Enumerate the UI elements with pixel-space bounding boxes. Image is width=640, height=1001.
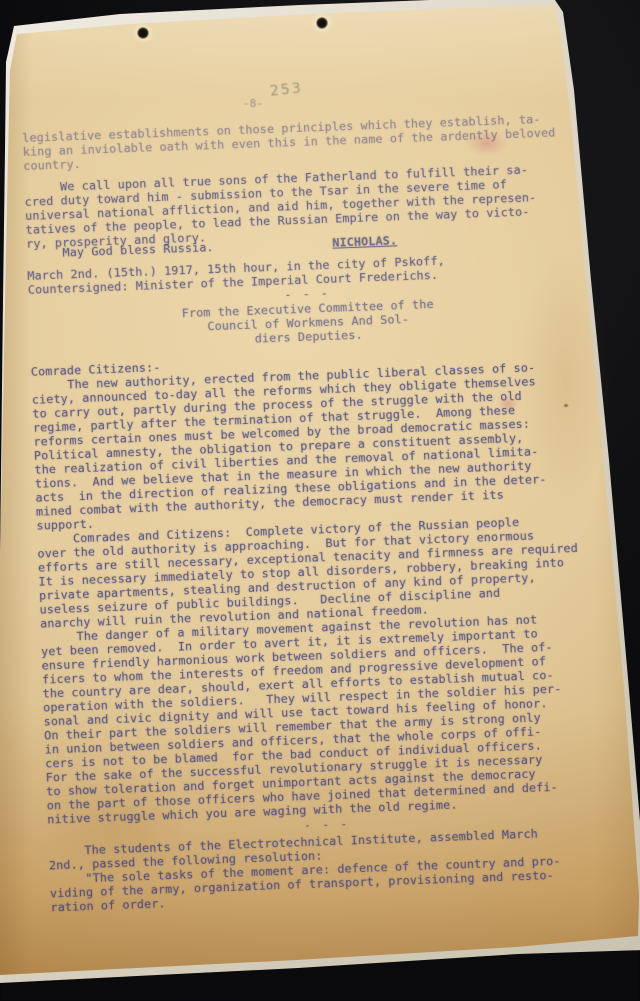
typed-text-area: legislative establishments on those prin… [22, 111, 609, 941]
nicholas-signature: NICHOLAS. [332, 233, 397, 249]
punch-hole-left [132, 22, 154, 44]
typed-page-number: -8- [243, 97, 263, 110]
punch-hole-right [311, 12, 333, 34]
soviet-proclamation-body: Comrade Citizens:- The new authority, er… [31, 344, 606, 826]
pencil-annotation: 253 [269, 80, 303, 99]
photograph-of-typewritten-document: -8- 253 legislative establishments on th… [0, 0, 640, 1001]
